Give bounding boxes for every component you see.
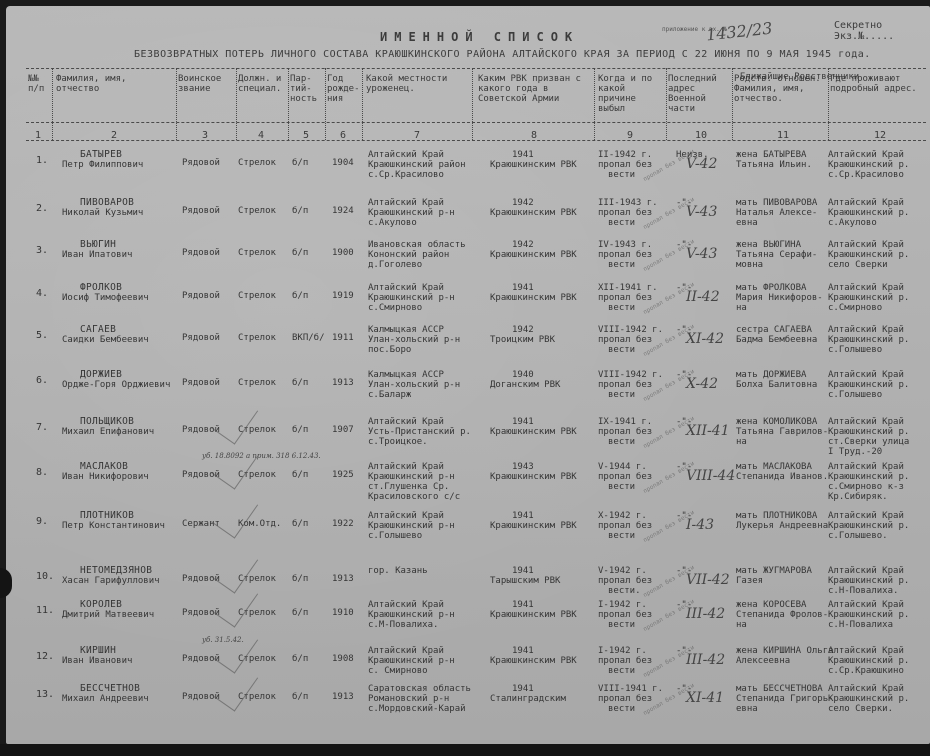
rvk-name: Краюшкинским РВК (490, 610, 577, 620)
surname: САГАЕВ (80, 325, 116, 335)
address-line: Краюшкинский р. (828, 427, 909, 437)
birth-year: 1924 (332, 206, 354, 216)
reason-line: вести (608, 170, 635, 180)
column-header-4: Должн. и специал. (238, 74, 286, 94)
origin-line: Алтайский Край (368, 462, 444, 472)
address-line: Алтайский Край (828, 283, 904, 293)
reason-line: вести. (608, 586, 641, 596)
origin-line: с.Баларж (368, 390, 411, 400)
address-line: с.Акулово (828, 218, 877, 228)
rvk-year: 1940 (512, 370, 534, 380)
row-number: 6. (36, 376, 48, 386)
given-name: Саидки Бембеевич (62, 335, 149, 345)
birth-year: 1913 (332, 692, 354, 702)
rank: Рядовой (182, 291, 220, 301)
handwritten-date: V-43 (686, 246, 717, 262)
relative-line: жена БАТЫРЕВА (736, 150, 806, 160)
origin-line: с.Смирново (368, 303, 422, 313)
birth-year: 1919 (332, 291, 354, 301)
birth-year: 1904 (332, 158, 354, 168)
address-line: Алтайский Край (828, 370, 904, 380)
address-line: Алтайский Край (828, 150, 904, 160)
column-separator-0 (52, 68, 53, 140)
rvk-name: Краюшкинским РВК (490, 250, 577, 260)
position: Стрелок (238, 206, 276, 216)
rvk-year: 1941 (512, 511, 534, 521)
column-separator-5 (362, 68, 363, 140)
rvk-year: 1942 (512, 198, 534, 208)
reason-line: пропал без (598, 610, 652, 620)
column-number-2: 2 (111, 130, 117, 141)
address-line: Краюшкинский р. (828, 208, 909, 218)
column-number-5: 5 (303, 130, 309, 141)
reason-line: вести (608, 666, 635, 676)
handwritten-date: VII-42 (686, 572, 730, 588)
party: б/п (292, 425, 308, 435)
rvk-name: Доганским РВК (490, 380, 560, 390)
column-number-1: 1 (35, 130, 41, 141)
given-name: Михаил Епифанович (62, 427, 154, 437)
origin-line: Усть-Пристанский р. (368, 427, 471, 437)
relative-line: мовна (736, 260, 763, 270)
rvk-name: Тарышским РВК (490, 576, 560, 586)
address-line: Краюшкинский р. (828, 380, 909, 390)
relative-line: мать ЖУГМАРОВА (736, 566, 812, 576)
row-number: 12. (36, 652, 54, 662)
reason-line: вести (608, 345, 635, 355)
column-header-7: Какой местности уроженец. (366, 74, 470, 94)
address-line: село Сверки (828, 260, 888, 270)
column-number-7: 7 (414, 130, 420, 141)
table-rule-0 (26, 68, 926, 69)
origin-line: Алтайский Край (368, 417, 444, 427)
reason-line: вести (608, 218, 635, 228)
address-line: Алтайский Край (828, 198, 904, 208)
relative-line: мать ПИВОВАРОВА (736, 198, 817, 208)
address-line: Кр.Сибиряк. (828, 492, 888, 502)
origin-line: гор. Казань (368, 566, 428, 576)
secret-label: Секретно Экз.№..... (834, 20, 894, 42)
party: б/п (292, 248, 308, 258)
relative-line: на (736, 437, 747, 447)
surname: ПОЛЬЩИКОВ (80, 417, 134, 427)
origin-line: Алтайский Край (368, 511, 444, 521)
row-number: 3. (36, 246, 48, 256)
column-separator-4 (325, 68, 326, 140)
secret-text: Секретно (834, 20, 894, 31)
reason-line: пропал без (598, 293, 652, 303)
rvk-year: 1941 (512, 600, 534, 610)
origin-line: Алтайский Край (368, 600, 444, 610)
address-line: Краюшкинский р. (828, 576, 909, 586)
relative-line: Наталья Алексе- (736, 208, 817, 218)
relative-line: Татьяна Гаврилов- (736, 427, 828, 437)
handwritten-date: V-43 (686, 204, 717, 220)
reason-line: вести (608, 531, 635, 541)
origin-line: Краюшкинский р-н (368, 610, 455, 620)
surname: ВЬЮГИН (80, 240, 116, 250)
party: б/п (292, 378, 308, 388)
origin-line: ст.Глушенка Ср. (368, 482, 449, 492)
column-separator-3 (288, 68, 289, 140)
party: б/п (292, 692, 308, 702)
address-line: Краюшкинский р. (828, 250, 909, 260)
origin-line: Калмыцкая АССР (368, 370, 444, 380)
relative-line: жена КИРШИНА Ольга (736, 646, 834, 656)
address-line: Алтайский Край (828, 462, 904, 472)
address-line: Алтайский Край (828, 511, 904, 521)
rvk-year: 1941 (512, 566, 534, 576)
surname: ПИВОВАРОВ (80, 198, 134, 208)
row-number: 9. (36, 517, 48, 527)
position: Стрелок (238, 378, 276, 388)
reason-line: вести (608, 303, 635, 313)
relative-line: Лукерья Андреевна (736, 521, 828, 531)
rank: Рядовой (182, 248, 220, 258)
reason-line: вести (608, 437, 635, 447)
birth-year: 1911 (332, 333, 354, 343)
row-number: 7. (36, 423, 48, 433)
rvk-year: 1942 (512, 240, 534, 250)
reason-line: пропал без (598, 472, 652, 482)
column-number-4: 4 (258, 130, 264, 141)
row-number: 8. (36, 468, 48, 478)
address-line: Краюшкинский р. (828, 610, 909, 620)
rvk-year: 1941 (512, 150, 534, 160)
handwritten-date: XI-41 (686, 690, 724, 706)
relative-line: Алексеевна (736, 656, 790, 666)
given-name: Иосиф Тимофеевич (62, 293, 149, 303)
table-rule-1 (26, 122, 926, 123)
relative-line: на (736, 303, 747, 313)
row-number: 13. (36, 690, 54, 700)
rank: Рядовой (182, 158, 220, 168)
column-separator-7 (594, 68, 595, 140)
column-separator-2 (236, 68, 237, 140)
origin-line: Краюшкинский р-н (368, 656, 455, 666)
birth-year: 1925 (332, 470, 354, 480)
rvk-name: Краюшкинским РВК (490, 208, 577, 218)
given-name: Хасан Гарифуллович (62, 576, 160, 586)
relative-line: мать ФРОЛКОВА (736, 283, 806, 293)
relative-line: Газея (736, 576, 763, 586)
origin-line: Краюшкинский р-н (368, 521, 455, 531)
position: Стрелок (238, 333, 276, 343)
position: Стрелок (238, 248, 276, 258)
relative-line: жена КОМОЛИКОВА (736, 417, 817, 427)
relative-line: Бадма Бембеевна (736, 335, 817, 345)
row-number: 2. (36, 204, 48, 214)
address-line: Алтайский Край (828, 646, 904, 656)
column-separator-1 (176, 68, 177, 140)
reason-line: пропал без (598, 427, 652, 437)
rvk-name: Троицким РВК (490, 335, 555, 345)
reason-line: пропал без (598, 576, 652, 586)
rvk-year: 1941 (512, 283, 534, 293)
given-name: Иван Ипатович (62, 250, 132, 260)
party: б/п (292, 158, 308, 168)
origin-line: с.Голышево (368, 531, 422, 541)
birth-year: 1900 (332, 248, 354, 258)
relative-line: Степанида Григорь- (736, 694, 834, 704)
birth-year: 1913 (332, 574, 354, 584)
relative-line: жена ВЬЮГИНА (736, 240, 801, 250)
address-line: Краюшкинский р. (828, 656, 909, 666)
column-number-6: 6 (340, 130, 346, 141)
origin-line: Ивановская область (368, 240, 466, 250)
given-name: Ордже-Горя Орджиевич (62, 380, 170, 390)
column-header-10: Последний адрес Военной части (668, 74, 730, 114)
origin-line: Алтайский Край (368, 198, 444, 208)
given-name: Иван Никифорович (62, 472, 149, 482)
handwritten-date: XI-42 (686, 331, 724, 347)
origin-line: Краюшкинский район (368, 160, 466, 170)
address-line: Краюшкинский р. (828, 472, 909, 482)
surname: ФРОЛКОВ (80, 283, 122, 293)
party: б/п (292, 206, 308, 216)
column-header-6: Год рожде-ния (327, 74, 361, 104)
reason-line: пропал без (598, 656, 652, 666)
origin-line: с.М-Повалиха. (368, 620, 438, 630)
relative-line: сестра САГАЕВА (736, 325, 812, 335)
relative-line: жена КОРОСЕВА (736, 600, 806, 610)
address-line: с.Голышево (828, 390, 882, 400)
column-separator-9 (732, 68, 733, 140)
reason-line: X-1942 г. (598, 511, 647, 521)
scan-border (0, 744, 930, 756)
address-line: Краюшкинский р. (828, 160, 909, 170)
reason-line: пропал без (598, 335, 652, 345)
origin-line: Алтайский Край (368, 646, 444, 656)
reason-line: пропал без (598, 380, 652, 390)
reason-line: пропал без (598, 521, 652, 531)
column-separator-8 (666, 68, 667, 140)
column-number-10: 10 (695, 130, 707, 141)
position: Стрелок (238, 158, 276, 168)
birth-year: 1910 (332, 608, 354, 618)
address-line: Алтайский Край (828, 325, 904, 335)
rvk-name: Краюшкинским РВК (490, 472, 577, 482)
origin-line: Кононский район (368, 250, 449, 260)
reason-line: VIII-1942 г. (598, 325, 663, 335)
relative-line: на (736, 620, 747, 630)
rvk-name: Краюшкинским РВК (490, 427, 577, 437)
origin-line: с.Мордовский-Карай (368, 704, 466, 714)
reason-line: пропал без (598, 250, 652, 260)
relative-line: Татьяна Серафи- (736, 250, 817, 260)
reason-line: пропал без (598, 694, 652, 704)
party: ВКП/б/ (292, 333, 325, 343)
reason-line: II-1942 г. (598, 150, 652, 160)
birth-year: 1908 (332, 654, 354, 664)
address-line: Краюшкинский р. (828, 293, 909, 303)
origin-line: Краюшкинский р-н (368, 472, 455, 482)
origin-line: Улан-хольский р-н (368, 335, 460, 345)
column-header-5: Пар-тий-ность (290, 74, 324, 104)
origin-line: Алтайский Край (368, 283, 444, 293)
document-title: ИМЕННОЙ СПИСОК (380, 30, 579, 44)
rvk-year: 1941 (512, 417, 534, 427)
origin-line: Краюшкинский р-н (368, 293, 455, 303)
handwritten-date: VIII-44 (686, 468, 735, 484)
rvk-name: Сталинградским (490, 694, 566, 704)
surname: НЕТОМЕДЗЯНОВ (80, 566, 152, 576)
reason-line: VIII-1942 г. (598, 370, 663, 380)
origin-line: Алтайский Край (368, 150, 444, 160)
surname: ПЛОТНИКОВ (80, 511, 134, 521)
address-line: Краюшкинский р. (828, 335, 909, 345)
address-line: ст.Сверки улица (828, 437, 909, 447)
relative-line: Болха Балитовна (736, 380, 817, 390)
address-line: село Сверки. (828, 704, 893, 714)
origin-line: пос.Боро (368, 345, 411, 355)
address-line: с.Н-Повалиха (828, 620, 893, 630)
secret-copy-number: Экз.№..... (834, 31, 894, 42)
reason-line: XII-1941 г. (598, 283, 658, 293)
handwritten-date: I-43 (686, 517, 714, 533)
row-number: 4. (36, 289, 48, 299)
address-line: Алтайский Край (828, 566, 904, 576)
column-header-9: Когда и по какой причине выбыл (598, 74, 664, 114)
address-line: с.Ср.Красилово (828, 170, 904, 180)
origin-line: Саратовская область (368, 684, 471, 694)
reason-line: I-1942 г. (598, 646, 647, 656)
surname: КОРОЛЕВ (80, 600, 122, 610)
given-name: Петр Константинович (62, 521, 165, 531)
address-line: I Труд.-20 (828, 447, 882, 457)
relative-line: мать ПЛОТНИКОВА (736, 511, 817, 521)
given-name: Петр Филиппович (62, 160, 143, 170)
rvk-name: Краюшкинским РВК (490, 293, 577, 303)
handwritten-date: V-42 (686, 156, 717, 172)
relative-line: мать БЕССЧЕТНОВА (736, 684, 823, 694)
column-header-1: №№ п/п (28, 74, 50, 94)
column-separator-6 (472, 68, 473, 140)
relatives-group-header: Ближайшие Родственники (740, 72, 920, 82)
handwritten-date: II-42 (686, 289, 720, 305)
origin-line: с. Смирново (368, 666, 428, 676)
relative-line: Степанида Иванов. (736, 472, 828, 482)
handwritten-date: X-42 (686, 376, 718, 392)
given-name: Иван Иванович (62, 656, 132, 666)
handwritten-date: III-42 (686, 606, 725, 622)
reason-line: I-1942 г. (598, 600, 647, 610)
relative-line: мать МАСЛАКОВА (736, 462, 812, 472)
address-line: с.Голышево (828, 345, 882, 355)
origin-line: Улан-хольский р-н (368, 380, 460, 390)
address-line: Алтайский Край (828, 684, 904, 694)
origin-line: с.Акулово (368, 218, 417, 228)
reason-line: вести (608, 482, 635, 492)
handwritten-number: 1432/23 (705, 19, 773, 45)
column-number-11: 11 (777, 130, 789, 141)
surname: МАСЛАКОВ (80, 462, 128, 472)
party: б/п (292, 608, 308, 618)
reason-line: вести (608, 704, 635, 714)
address-line: Краюшкинский р. (828, 521, 909, 531)
given-name: Дмитрий Матвеевич (62, 610, 154, 620)
address-line: с.Ср.Краюшкино (828, 666, 904, 676)
column-number-9: 9 (627, 130, 633, 141)
birth-year: 1922 (332, 519, 354, 529)
address-line: с.Смирново (828, 303, 882, 313)
rank: Рядовой (182, 333, 220, 343)
given-name: Михаил Андреевич (62, 694, 149, 704)
birth-year: 1913 (332, 378, 354, 388)
origin-line: Романовский р-н (368, 694, 449, 704)
column-header-3: Воинское звание (178, 74, 234, 94)
row-number: 1. (36, 156, 48, 166)
reason-line: вести (608, 390, 635, 400)
document-subtitle: БЕЗВОЗВРАТНЫХ ПОТЕРЬ ЛИЧНОГО СОСТАВА КРА… (134, 49, 871, 60)
rvk-year: 1941 (512, 646, 534, 656)
given-name: Николай Кузьмич (62, 208, 143, 218)
address-line: Алтайский Край (828, 240, 904, 250)
rvk-year: 1943 (512, 462, 534, 472)
party: б/п (292, 470, 308, 480)
reason-line: III-1943 г. (598, 198, 658, 208)
column-number-8: 8 (531, 130, 537, 141)
column-header-2: Фамилия, имя, отчество (56, 74, 174, 94)
rank: Рядовой (182, 206, 220, 216)
reason-line: вести (608, 260, 635, 270)
address-line: Краюшкинский р. (828, 694, 909, 704)
address-line: Алтайский Край (828, 417, 904, 427)
relative-line: Татьяна Ильин. (736, 160, 812, 170)
origin-line: д.Гоголево (368, 260, 422, 270)
reason-line: пропал без (598, 208, 652, 218)
party: б/п (292, 574, 308, 584)
surname: БАТЫРЕВ (80, 150, 122, 160)
party: б/п (292, 654, 308, 664)
rvk-year: 1941 (512, 684, 534, 694)
relative-line: Мария Никифоров- (736, 293, 823, 303)
handwritten-date: XII-41 (686, 423, 730, 439)
address-line: Алтайский Край (828, 600, 904, 610)
reason-line: IV-1943 г. (598, 240, 652, 250)
relative-line: мать ДОРЖИЕВА (736, 370, 806, 380)
column-header-8: Каким РВК призван с какого года в Советс… (478, 74, 592, 104)
table-rule-2 (26, 140, 926, 141)
party: б/п (292, 291, 308, 301)
origin-line: Красиловского с/с (368, 492, 460, 502)
reason-line: вести (608, 620, 635, 630)
rvk-name: Краюшкинским РВК (490, 160, 577, 170)
rvk-year: 1942 (512, 325, 534, 335)
address-line: с.Смирново к-з (828, 482, 904, 492)
relative-line: евна (736, 218, 758, 228)
address-line: с.Н-Повалиха. (828, 586, 898, 596)
rank: Рядовой (182, 378, 220, 388)
reason-line: пропал без (598, 160, 652, 170)
row-number: 11. (36, 606, 54, 616)
rvk-name: Краюшкинским РВК (490, 521, 577, 531)
origin-line: Калмыцкая АССР (368, 325, 444, 335)
reason-line: VIII-1941 г. (598, 684, 663, 694)
relative-line: Степанида Фролов- (736, 610, 828, 620)
surname: ДОРЖИЕВ (80, 370, 122, 380)
birth-year: 1907 (332, 425, 354, 435)
relative-line: евна (736, 704, 758, 714)
reason-line: V-1944 г. (598, 462, 647, 472)
row-number: 10. (36, 572, 54, 582)
surname: БЕССЧЕТНОВ (80, 684, 140, 694)
origin-line: Краюшкинский р-н (368, 208, 455, 218)
row-number: 5. (36, 331, 48, 341)
reason-line: V-1942 г. (598, 566, 647, 576)
handwritten-date: III-42 (686, 652, 725, 668)
position: Стрелок (238, 291, 276, 301)
